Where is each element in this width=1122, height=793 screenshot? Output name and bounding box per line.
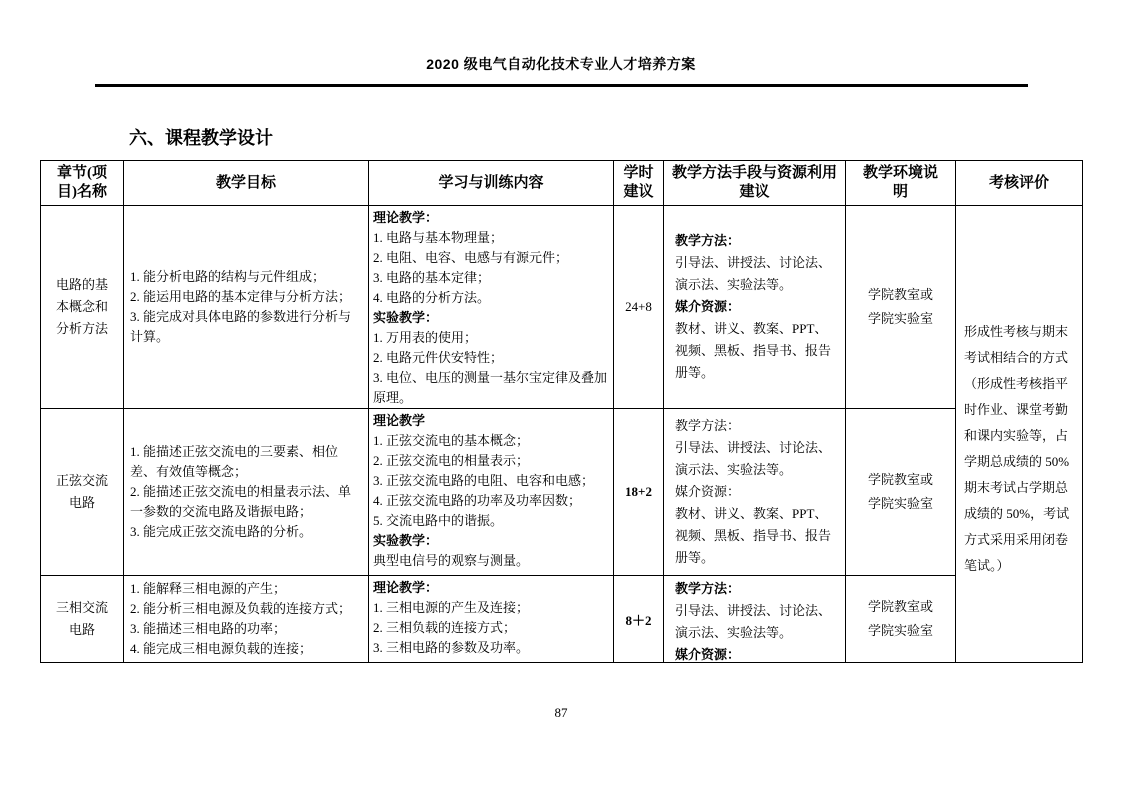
practice-label: 实验教学：	[373, 308, 609, 328]
doc-header: 2020 级电气自动化技术专业人才培养方案	[0, 54, 1122, 74]
table-row: 三相交流电路 1. 能解释三相电源的产生； 2. 能分析三相电源及负载的连接方式…	[41, 576, 1083, 663]
content-item: 4. 正弦交流电路的功率及功率因数；	[373, 491, 609, 511]
chapter-name: 电路的基本概念和分析方法	[41, 206, 124, 409]
teaching-objectives: 1. 能解释三相电源的产生； 2. 能分析三相电源及负载的连接方式； 3. 能描…	[124, 576, 369, 663]
teaching-environment: 学院教室或学院实验室	[846, 576, 956, 663]
objective-item: 2. 能描述正弦交流电的相量表示法、单一参数的交流电路及谐振电路；	[130, 482, 362, 522]
content-item: 3. 电位、电压的测量一基尔宝定律及叠加原理。	[373, 368, 609, 408]
method-text: 引导法、讲授法、讨论法、演示法、实验法等。	[675, 437, 834, 481]
teaching-objectives: 1. 能分析电路的结构与元件组成； 2. 能运用电路的基本定律与分析方法； 3.…	[124, 206, 369, 409]
content-item: 1. 电路与基本物理量；	[373, 228, 609, 248]
hours-suggestion: 8＋2	[614, 576, 664, 663]
media-text: 教材、讲义、教案、PPT、视频、黑板、指导书、报告册等。	[675, 503, 834, 569]
objective-item: 3. 能描述三相电路的功率；	[130, 619, 362, 639]
objective-item: 3. 能完成对具体电路的参数进行分析与计算。	[130, 307, 362, 347]
content-item: 2. 电路元件伏安特性；	[373, 348, 609, 368]
methods-and-resources: 教学方法： 引导法、讲授法、讨论法、演示法、实验法等。 媒介资源：	[664, 576, 846, 663]
media-label: 媒介资源：	[675, 296, 834, 318]
content-item: 3. 电路的基本定律；	[373, 268, 609, 288]
table-row: 正弦交流电路 1. 能描述正弦交流电的三要素、相位差、有效值等概念； 2. 能描…	[41, 409, 1083, 576]
methods-and-resources: 教学方法： 引导法、讲授法、讨论法、演示法、实验法等。 媒介资源： 教材、讲义、…	[664, 206, 846, 409]
course-design-table: 章节(项目)名称 教学目标 学习与训练内容 学时建议 教学方法手段与资源利用建议…	[40, 160, 1083, 663]
content-item: 2. 电阻、电容、电感与有源元件；	[373, 248, 609, 268]
practice-label: 实验教学：	[373, 531, 609, 551]
method-text: 引导法、讲授法、讨论法、演示法、实验法等。	[675, 600, 834, 644]
objective-item: 1. 能分析电路的结构与元件组成；	[130, 267, 362, 287]
objective-item: 4. 能完成三相电源负载的连接；	[130, 639, 362, 659]
assessment-evaluation: 形成性考核与期末考试相结合的方式（形成性考核指平时作业、课堂考勤和课内实验等，占…	[956, 206, 1083, 663]
content-item: 2. 三相负载的连接方式；	[373, 618, 609, 638]
method-label: 教学方法：	[675, 415, 834, 437]
objective-item: 2. 能分析三相电源及负载的连接方式；	[130, 599, 362, 619]
method-label: 教学方法：	[675, 230, 834, 252]
media-label: 媒介资源：	[675, 644, 834, 662]
content-item: 3. 正弦交流电路的电阻、电容和电感；	[373, 471, 609, 491]
media-label: 媒介资源：	[675, 481, 834, 503]
section-title: 六、课程教学设计	[129, 124, 273, 150]
teaching-objectives: 1. 能描述正弦交流电的三要素、相位差、有效值等概念； 2. 能描述正弦交流电的…	[124, 409, 369, 576]
teaching-environment: 学院教室或学院实验室	[846, 409, 956, 576]
training-content: 理论教学： 1. 电路与基本物理量； 2. 电阻、电容、电感与有源元件； 3. …	[369, 206, 614, 409]
chapter-name: 三相交流电路	[41, 576, 124, 663]
teaching-environment: 学院教室或学院实验室	[846, 206, 956, 409]
col-header-hours: 学时建议	[614, 161, 664, 206]
content-item: 典型电信号的观察与测量。	[373, 551, 609, 571]
content-item: 1. 正弦交流电的基本概念；	[373, 431, 609, 451]
hours-suggestion: 18+2	[614, 409, 664, 576]
methods-and-resources: 教学方法： 引导法、讲授法、讨论法、演示法、实验法等。 媒介资源： 教材、讲义、…	[664, 409, 846, 576]
objective-item: 3. 能完成正弦交流电路的分析。	[130, 522, 362, 542]
training-content: 理论教学 1. 正弦交流电的基本概念； 2. 正弦交流电的相量表示； 3. 正弦…	[369, 409, 614, 576]
content-item: 3. 三相电路的参数及功率。	[373, 638, 609, 658]
col-header-objectives: 教学目标	[124, 161, 369, 206]
training-content: 理论教学： 1. 三相电源的产生及连接； 2. 三相负载的连接方式； 3. 三相…	[369, 576, 614, 663]
header-divider-rule	[95, 84, 1028, 87]
objective-item: 1. 能解释三相电源的产生；	[130, 579, 362, 599]
col-header-chapter: 章节(项目)名称	[41, 161, 124, 206]
objective-item: 2. 能运用电路的基本定律与分析方法；	[130, 287, 362, 307]
method-text: 引导法、讲授法、讨论法、演示法、实验法等。	[675, 252, 834, 296]
theory-label: 理论教学	[373, 411, 609, 431]
media-text: 教材、讲义、教案、PPT、视频、黑板、指导书、报告册等。	[675, 318, 834, 384]
theory-label: 理论教学：	[373, 208, 609, 228]
hours-suggestion: 24+8	[614, 206, 664, 409]
page-number: 87	[0, 705, 1122, 721]
col-header-environment: 教学环境说明	[846, 161, 956, 206]
table-row: 电路的基本概念和分析方法 1. 能分析电路的结构与元件组成； 2. 能运用电路的…	[41, 206, 1083, 409]
content-item: 5. 交流电路中的谐振。	[373, 511, 609, 531]
col-header-content: 学习与训练内容	[369, 161, 614, 206]
content-item: 1. 三相电源的产生及连接；	[373, 598, 609, 618]
method-label: 教学方法：	[675, 578, 834, 600]
content-item: 1. 万用表的使用；	[373, 328, 609, 348]
content-item: 4. 电路的分析方法。	[373, 288, 609, 308]
objective-item: 1. 能描述正弦交流电的三要素、相位差、有效值等概念；	[130, 442, 362, 482]
chapter-name: 正弦交流电路	[41, 409, 124, 576]
document-page: 2020 级电气自动化技术专业人才培养方案 六、课程教学设计 章节(项目)名称 …	[0, 0, 1122, 793]
col-header-evaluation: 考核评价	[956, 161, 1083, 206]
theory-label: 理论教学：	[373, 578, 609, 598]
table-header-row: 章节(项目)名称 教学目标 学习与训练内容 学时建议 教学方法手段与资源利用建议…	[41, 161, 1083, 206]
col-header-methods: 教学方法手段与资源利用建议	[664, 161, 846, 206]
content-item: 2. 正弦交流电的相量表示；	[373, 451, 609, 471]
